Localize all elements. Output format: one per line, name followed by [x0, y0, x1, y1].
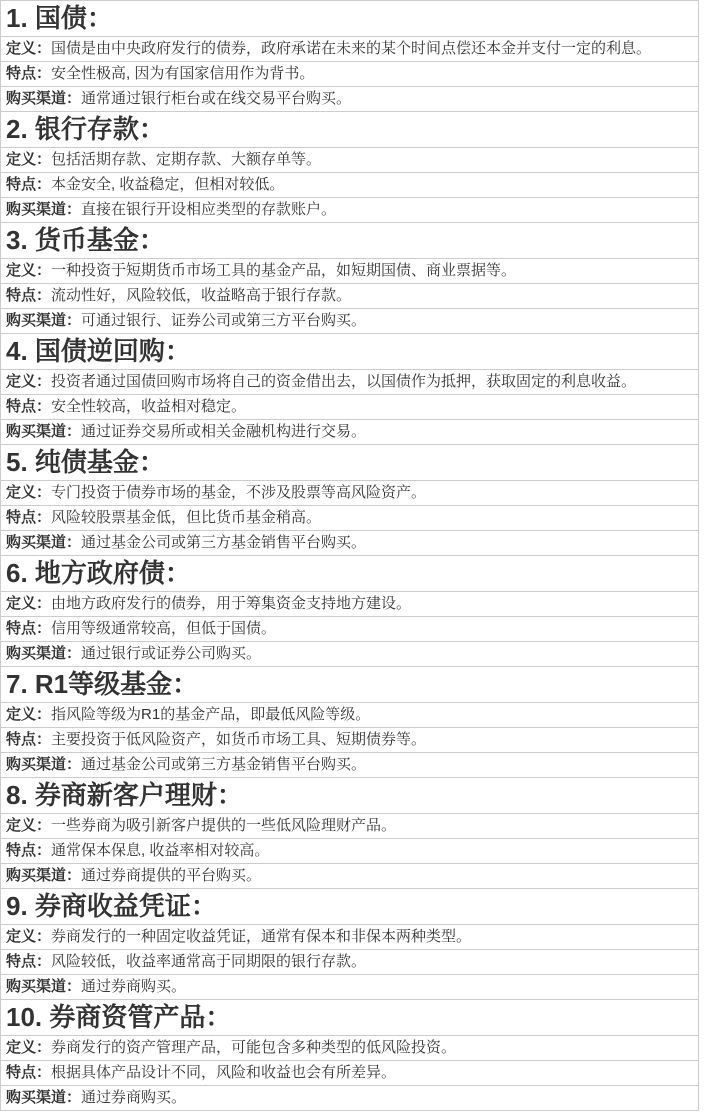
channel-row: 购买渠道：直接在银行开设相应类型的存款账户。 [1, 198, 698, 223]
channel-row: 购买渠道：通过券商购买。 [1, 975, 698, 1000]
channel-label: 购买渠道： [6, 534, 81, 551]
document: 1. 国债： 定义：国债是由中央政府发行的债券，政府承诺在未来的某个时间点偿还本… [0, 0, 699, 1111]
section-heading: 9. 券商收益凭证： [1, 889, 698, 925]
section: 5. 纯债基金： 定义：专门投资于债券市场的基金，不涉及股票等高风险资产。 特点… [1, 445, 698, 556]
definition-text: 券商发行的一种固定收益凭证，通常有保本和非保本两种类型。 [51, 928, 471, 945]
section: 10. 券商资管产品： 定义：券商发行的资产管理产品，可能包含多种类型的低风险投… [1, 1000, 698, 1111]
section: 6. 地方政府债： 定义：由地方政府发行的债券，用于筹集资金支持地方建设。 特点… [1, 556, 698, 667]
definition-label: 定义： [6, 373, 51, 390]
definition-row: 定义：投资者通过国债回购市场将自己的资金借出去，以国债作为抵押，获取固定的利息收… [1, 370, 698, 395]
channel-text: 通常通过银行柜台或在线交易平台购买。 [81, 90, 351, 107]
definition-text: 投资者通过国债回购市场将自己的资金借出去，以国债作为抵押，获取固定的利息收益。 [51, 373, 636, 390]
channel-row: 购买渠道：通过券商提供的平台购买。 [1, 864, 698, 889]
features-label: 特点： [6, 65, 51, 82]
features-row: 特点：主要投资于低风险资产，如货币市场工具、短期债券等。 [1, 728, 698, 753]
features-row: 特点：通常保本保息, 收益率相对较高。 [1, 839, 698, 864]
section-heading: 8. 券商新客户理财： [1, 778, 698, 814]
features-row: 特点：流动性好，风险较低，收益略高于银行存款。 [1, 284, 698, 309]
section: 7. R1等级基金： 定义：指风险等级为R1的基金产品，即最低风险等级。 特点：… [1, 667, 698, 778]
section-heading: 2. 银行存款： [1, 112, 698, 148]
features-row: 特点：安全性极高, 因为有国家信用作为背书。 [1, 62, 698, 87]
features-row: 特点：根据具体产品设计不同，风险和收益也会有所差异。 [1, 1061, 698, 1086]
features-text: 安全性较高，收益相对稳定。 [51, 398, 246, 415]
section: 2. 银行存款： 定义：包括活期存款、定期存款、大额存单等。 特点：本金安全, … [1, 112, 698, 223]
channel-row: 购买渠道：通过基金公司或第三方基金销售平台购买。 [1, 531, 698, 556]
section: 3. 货币基金： 定义：一种投资于短期货币市场工具的基金产品，如短期国债、商业票… [1, 223, 698, 334]
channel-row: 购买渠道：通过证券交易所或相关金融机构进行交易。 [1, 420, 698, 445]
channel-row: 购买渠道：通过银行或证券公司购买。 [1, 642, 698, 667]
channel-text: 通过银行或证券公司购买。 [81, 645, 261, 662]
features-row: 特点：信用等级通常较高，但低于国债。 [1, 617, 698, 642]
channel-text: 通过基金公司或第三方基金销售平台购买。 [81, 534, 366, 551]
definition-label: 定义： [6, 262, 51, 279]
definition-label: 定义： [6, 484, 51, 501]
definition-text: 包括活期存款、定期存款、大额存单等。 [51, 151, 321, 168]
definition-label: 定义： [6, 151, 51, 168]
features-text: 通常保本保息, 收益率相对较高。 [51, 842, 269, 859]
definition-label: 定义： [6, 40, 51, 57]
channel-text: 可通过银行、证券公司或第三方平台购买。 [81, 312, 366, 329]
features-label: 特点： [6, 287, 51, 304]
channel-row: 购买渠道：通过基金公司或第三方基金销售平台购买。 [1, 753, 698, 778]
channel-text: 通过券商购买。 [81, 978, 186, 995]
definition-row: 定义：券商发行的资产管理产品，可能包含多种类型的低风险投资。 [1, 1036, 698, 1061]
section-heading: 7. R1等级基金： [1, 667, 698, 703]
section: 9. 券商收益凭证： 定义：券商发行的一种固定收益凭证，通常有保本和非保本两种类… [1, 889, 698, 1000]
features-row: 特点：安全性较高，收益相对稳定。 [1, 395, 698, 420]
channel-row: 购买渠道：可通过银行、证券公司或第三方平台购买。 [1, 309, 698, 334]
definition-label: 定义： [6, 595, 51, 612]
channel-row: 购买渠道：通过券商购买。 [1, 1086, 698, 1111]
definition-text: 国债是由中央政府发行的债券，政府承诺在未来的某个时间点偿还本金并支付一定的利息。 [51, 40, 651, 57]
section-heading: 4. 国债逆回购： [1, 334, 698, 370]
definition-label: 定义： [6, 706, 51, 723]
definition-row: 定义：国债是由中央政府发行的债券，政府承诺在未来的某个时间点偿还本金并支付一定的… [1, 37, 698, 62]
definition-text: 由地方政府发行的债券，用于筹集资金支持地方建设。 [51, 595, 411, 612]
section: 4. 国债逆回购： 定义：投资者通过国债回购市场将自己的资金借出去，以国债作为抵… [1, 334, 698, 445]
features-text: 风险较低，收益率通常高于同期限的银行存款。 [51, 953, 366, 970]
definition-row: 定义：由地方政府发行的债券，用于筹集资金支持地方建设。 [1, 592, 698, 617]
definition-row: 定义：专门投资于债券市场的基金，不涉及股票等高风险资产。 [1, 481, 698, 506]
channel-label: 购买渠道： [6, 423, 81, 440]
section-heading: 6. 地方政府债： [1, 556, 698, 592]
definition-text: 券商发行的资产管理产品，可能包含多种类型的低风险投资。 [51, 1039, 456, 1056]
features-text: 主要投资于低风险资产，如货币市场工具、短期债券等。 [51, 731, 426, 748]
features-row: 特点：风险较股票基金低，但比货币基金稍高。 [1, 506, 698, 531]
features-label: 特点： [6, 842, 51, 859]
section-heading: 1. 国债： [1, 1, 698, 37]
features-label: 特点： [6, 1064, 51, 1081]
features-text: 根据具体产品设计不同，风险和收益也会有所差异。 [51, 1064, 396, 1081]
channel-label: 购买渠道： [6, 1089, 81, 1106]
channel-label: 购买渠道： [6, 645, 81, 662]
definition-text: 指风险等级为R1的基金产品，即最低风险等级。 [51, 706, 370, 723]
features-row: 特点：风险较低，收益率通常高于同期限的银行存款。 [1, 950, 698, 975]
channel-label: 购买渠道： [6, 90, 81, 107]
channel-text: 直接在银行开设相应类型的存款账户。 [81, 201, 336, 218]
channel-text: 通过券商提供的平台购买。 [81, 867, 261, 884]
channel-text: 通过基金公司或第三方基金销售平台购买。 [81, 756, 366, 773]
section: 1. 国债： 定义：国债是由中央政府发行的债券，政府承诺在未来的某个时间点偿还本… [1, 1, 698, 112]
channel-label: 购买渠道： [6, 201, 81, 218]
definition-label: 定义： [6, 1039, 51, 1056]
features-label: 特点： [6, 953, 51, 970]
channel-label: 购买渠道： [6, 756, 81, 773]
definition-row: 定义：指风险等级为R1的基金产品，即最低风险等级。 [1, 703, 698, 728]
definition-label: 定义： [6, 817, 51, 834]
definition-text: 专门投资于债券市场的基金，不涉及股票等高风险资产。 [51, 484, 426, 501]
features-text: 信用等级通常较高，但低于国债。 [51, 620, 276, 637]
features-text: 流动性好，风险较低，收益略高于银行存款。 [51, 287, 351, 304]
channel-row: 购买渠道：通常通过银行柜台或在线交易平台购买。 [1, 87, 698, 112]
features-label: 特点： [6, 620, 51, 637]
definition-text: 一种投资于短期货币市场工具的基金产品，如短期国债、商业票据等。 [51, 262, 516, 279]
section-heading: 10. 券商资管产品： [1, 1000, 698, 1036]
channel-text: 通过券商购买。 [81, 1089, 186, 1106]
definition-text: 一些券商为吸引新客户提供的一些低风险理财产品。 [51, 817, 396, 834]
features-label: 特点： [6, 731, 51, 748]
definition-row: 定义：券商发行的一种固定收益凭证，通常有保本和非保本两种类型。 [1, 925, 698, 950]
channel-label: 购买渠道： [6, 312, 81, 329]
features-text: 本金安全, 收益稳定，但相对较低。 [51, 176, 284, 193]
definition-row: 定义：一种投资于短期货币市场工具的基金产品，如短期国债、商业票据等。 [1, 259, 698, 284]
channel-label: 购买渠道： [6, 978, 81, 995]
features-label: 特点： [6, 176, 51, 193]
features-row: 特点：本金安全, 收益稳定，但相对较低。 [1, 173, 698, 198]
section-heading: 5. 纯债基金： [1, 445, 698, 481]
section-heading: 3. 货币基金： [1, 223, 698, 259]
features-label: 特点： [6, 509, 51, 526]
section: 8. 券商新客户理财： 定义：一些券商为吸引新客户提供的一些低风险理财产品。 特… [1, 778, 698, 889]
definition-row: 定义：一些券商为吸引新客户提供的一些低风险理财产品。 [1, 814, 698, 839]
definition-label: 定义： [6, 928, 51, 945]
features-text: 风险较股票基金低，但比货币基金稍高。 [51, 509, 321, 526]
features-text: 安全性极高, 因为有国家信用作为背书。 [51, 65, 314, 82]
features-label: 特点： [6, 398, 51, 415]
definition-row: 定义：包括活期存款、定期存款、大额存单等。 [1, 148, 698, 173]
channel-label: 购买渠道： [6, 867, 81, 884]
channel-text: 通过证券交易所或相关金融机构进行交易。 [81, 423, 366, 440]
